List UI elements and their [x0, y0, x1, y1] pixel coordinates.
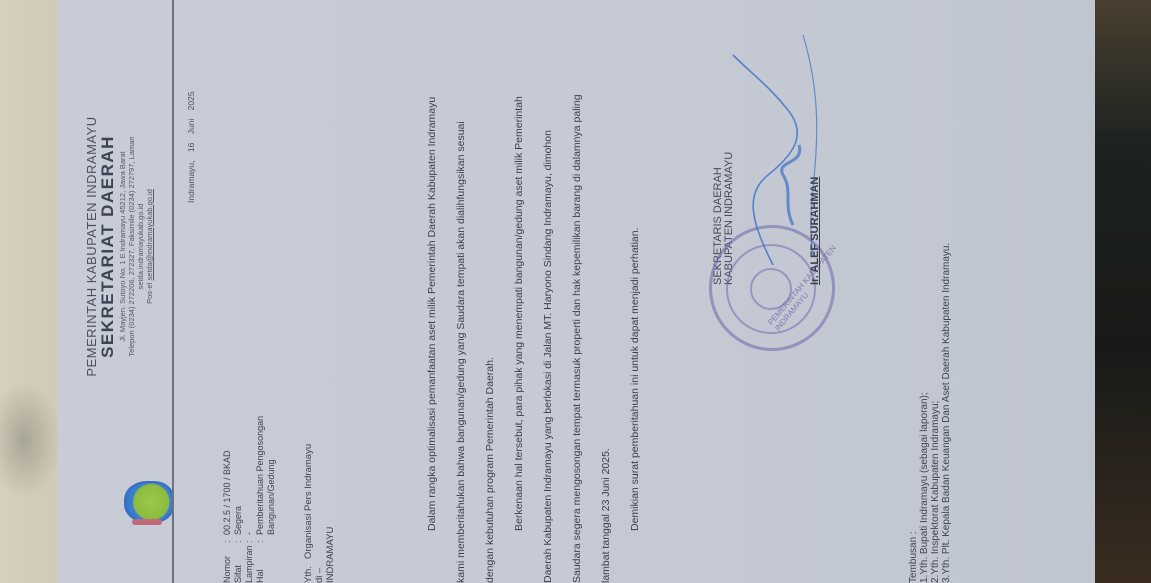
government-name: PEMERINTAH KABUPATEN INDRAMAYU — [84, 0, 99, 493]
signature-block: PEMERINTAH KABUPATEN INDRAMAYU SEKRETARI… — [713, 25, 735, 285]
cc-title: Tembusan : — [908, 243, 919, 583]
email-link[interactable]: setda@indramayukab.go.id — [145, 189, 154, 280]
meta-row: Hal:Pemberitahuan Pengosongan — [255, 416, 266, 583]
dark-background — [1094, 0, 1151, 583]
recipient-prefix: Yth. — [303, 559, 314, 583]
office-name: SEKRETARIAT DAERAH — [98, 0, 118, 493]
meta-row: Sifat:Segera — [233, 416, 244, 583]
letter-page: PEMERINTAH KABUPATEN INDRAMAYU SEKRETARI… — [58, 0, 1095, 583]
meta-row: Nomor:00.2.5 / 1700 / BKAD — [222, 416, 233, 583]
meta-value: Bangunan/Gedung — [266, 459, 277, 535]
meta-key: Sifat — [233, 543, 244, 583]
table-stain — [0, 380, 60, 500]
meta-key: Nomor — [222, 543, 233, 583]
meta-key — [266, 543, 277, 583]
email-label: Pos-el — [145, 283, 154, 304]
cc-item: 3.Yth. Plt. Kepala Badan Keuangan Dan As… — [941, 243, 952, 583]
letter-body: Dalam rangka optimalisasi pemanfaatan as… — [418, 0, 650, 583]
address-line-3: setda.indramayukab.go.id — [136, 0, 145, 493]
body-line: kami memberitahukan bahwa bangunan/gedun… — [447, 0, 476, 583]
recipient-block: Yth.Organisasi Pers Indramayu di – INDRA… — [303, 444, 336, 583]
letterhead-divider — [172, 0, 174, 583]
meta-value: - — [244, 532, 255, 535]
cc-item: 2.Yth. Inspektorat Kabupaten Indramayu; — [930, 243, 941, 583]
document-photo: PEMERINTAH KABUPATEN INDRAMAYU SEKRETARI… — [58, 0, 1095, 583]
meta-sep — [266, 535, 277, 543]
meta-sep: : — [255, 535, 266, 543]
signer-name: Ir. ALEF SURAHMAN — [809, 177, 821, 285]
body-line: dengan kebutuhan program Pemerintah Daer… — [476, 0, 505, 583]
body-line: Berkenaan hal tersebut, para pihak yang … — [505, 0, 534, 583]
email-line: Pos-el setda@indramayukab.go.id — [145, 0, 154, 493]
recipient-name: Organisasi Pers Indramayu — [303, 444, 314, 559]
body-line: Daerah Kabupaten Indramayu yang berlokas… — [534, 0, 563, 583]
meta-value: 00.2.5 / 1700 / BKAD — [222, 450, 233, 535]
cc-item: 1.Yth. Bupati Indramayu (sebagai laporan… — [919, 243, 930, 583]
letterhead: PEMERINTAH KABUPATEN INDRAMAYU SEKRETARI… — [84, 0, 184, 583]
meta-sep: : — [222, 535, 233, 543]
body-line: lambat tanggal 23 Juni 2025. — [592, 0, 621, 583]
recipient-di: di – — [314, 444, 325, 583]
address-line-1: Jl. Mayjen. Sutoyo No. 1 E Indramayu 452… — [118, 0, 127, 493]
meta-value: Pemberitahuan Pengosongan — [255, 416, 266, 535]
body-line: Demikian surat pemberitahuan ini untuk d… — [621, 0, 650, 583]
meta-key: Lampiran — [244, 543, 255, 583]
meta-sep: : — [244, 535, 255, 543]
meta-sep: : — [233, 535, 244, 543]
body-line: Saudara segera mengosongan tempat termas… — [563, 0, 592, 583]
carbon-copy-block: Tembusan : 1.Yth. Bupati Indramayu (seba… — [908, 243, 952, 583]
letter-meta: Nomor:00.2.5 / 1700 / BKAD Sifat:Segera … — [222, 416, 277, 583]
recipient-place: INDRAMAYU — [325, 444, 336, 583]
meta-value: Segera — [233, 506, 244, 535]
meta-key: Hal — [255, 543, 266, 583]
letter-date: Indramayu, 16 Juni 2025 — [186, 91, 196, 203]
body-line: Dalam rangka optimalisasi pemanfaatan as… — [418, 0, 447, 583]
letterhead-text: PEMERINTAH KABUPATEN INDRAMAYU SEKRETARI… — [84, 0, 154, 493]
recipient-row: Yth.Organisasi Pers Indramayu — [303, 444, 314, 583]
meta-row: Lampiran:- — [244, 416, 255, 583]
address-line-2: Telepon (0234) 272206, 272327, Faksimile… — [127, 0, 136, 493]
meta-row: Bangunan/Gedung — [266, 416, 277, 583]
